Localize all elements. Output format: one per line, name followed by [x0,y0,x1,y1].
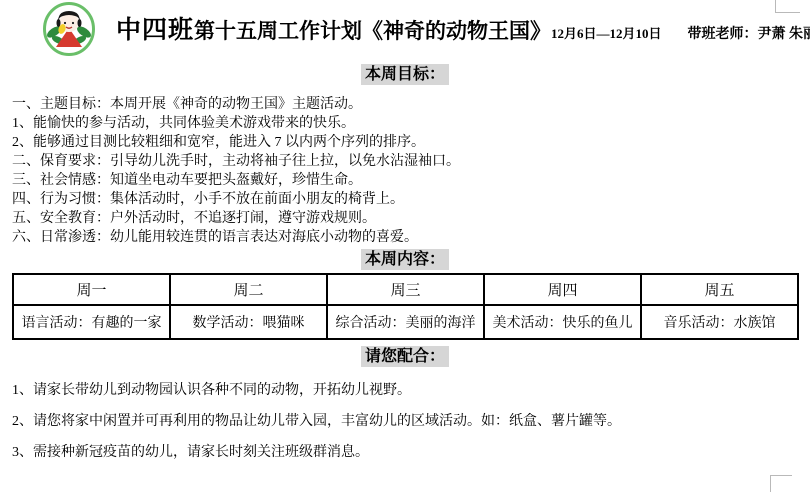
document-title: 中四班第十五周工作计划《神奇的动物王国》12月6日—12月10日带班老师：尹萧 … [116,10,810,46]
goal-item: 2、能够通过目测比较粗细和宽窄，能进入 7 以内两个序列的排序。 [12,133,810,152]
day-header: 周四 [484,274,641,305]
goal-item: 1、能愉快的参与活动，共同体验美术游戏带来的快乐。 [12,114,810,133]
activity-cell: 综合活动：美丽的海洋 [327,305,484,339]
cooperation-item: 3、需接种新冠疫苗的幼儿，请家长时刻关注班级群消息。 [12,443,810,462]
page-margin-mark-top-right [775,0,800,13]
cooperation-item: 1、请家长带幼儿到动物园认识各种不同的动物，开拓幼儿视野。 [12,381,810,400]
table-header-row: 周一 周二 周三 周四 周五 [13,274,798,305]
goal-item: 四、行为习惯：集体活动时，小手不放在前面小朋友的椅背上。 [12,190,810,209]
day-header: 周一 [13,274,170,305]
activity-cell: 音乐活动：水族馆 [641,305,798,339]
cooperation-item: 2、请您将家中闲置并可再利用的物品让幼儿带入园，丰富幼儿的区域活动。如：纸盒、薯… [12,412,810,431]
day-header: 周二 [170,274,327,305]
activity-cell: 语言活动：有趣的一家 [13,305,170,339]
weekly-schedule-table: 周一 周二 周三 周四 周五 语言活动：有趣的一家 数学活动：喂猫咪 综合活动：… [12,273,799,340]
goal-item: 一、主题目标：本周开展《神奇的动物王国》主题活动。 [12,95,810,114]
goal-item: 六、日常渗透：幼儿能用较连贯的语言表达对海底小动物的喜爱。 [12,228,810,247]
kindergarten-child-logo-icon [42,2,96,56]
goals-list: 一、主题目标：本周开展《神奇的动物王国》主题活动。 1、能愉快的参与活动，共同体… [12,95,810,247]
content-heading: 本周内容： [0,249,810,270]
goals-heading-text: 本周目标： [361,64,449,85]
cooperation-list: 1、请家长带幼儿到动物园认识各种不同的动物，开拓幼儿视野。 2、请您将家中闲置并… [12,381,810,462]
cooperation-heading-text: 请您配合： [361,346,449,367]
teachers-label: 带班老师：尹萧 朱丽静 [688,27,810,42]
day-header: 周三 [327,274,484,305]
activity-cell: 美术活动：快乐的鱼儿 [484,305,641,339]
goals-heading: 本周目标： [0,64,810,85]
class-name: 中四班 [116,17,194,44]
date-range: 12月6日—12月10日 [551,26,662,41]
document-header: 中四班第十五周工作计划《神奇的动物王国》12月6日—12月10日带班老师：尹萧 … [0,0,810,56]
table-row: 语言活动：有趣的一家 数学活动：喂猫咪 综合活动：美丽的海洋 美术活动：快乐的鱼… [13,305,798,339]
goal-item: 二、保育要求：引导幼儿洗手时，主动将袖子往上拉，以免水沾湿袖口。 [12,152,810,171]
goal-item: 五、安全教育：户外活动时，不追逐打闹，遵守游戏规则。 [12,209,810,228]
cooperation-heading: 请您配合： [0,346,810,367]
day-header: 周五 [641,274,798,305]
page-margin-mark-bottom-right [770,475,792,492]
goal-item: 三、社会情感：知道坐电动车要把头盔戴好，珍惜生命。 [12,171,810,190]
plan-title: 第十五周工作计划《神奇的动物王国》 [194,19,551,43]
content-heading-text: 本周内容： [361,249,449,270]
activity-cell: 数学活动：喂猫咪 [170,305,327,339]
